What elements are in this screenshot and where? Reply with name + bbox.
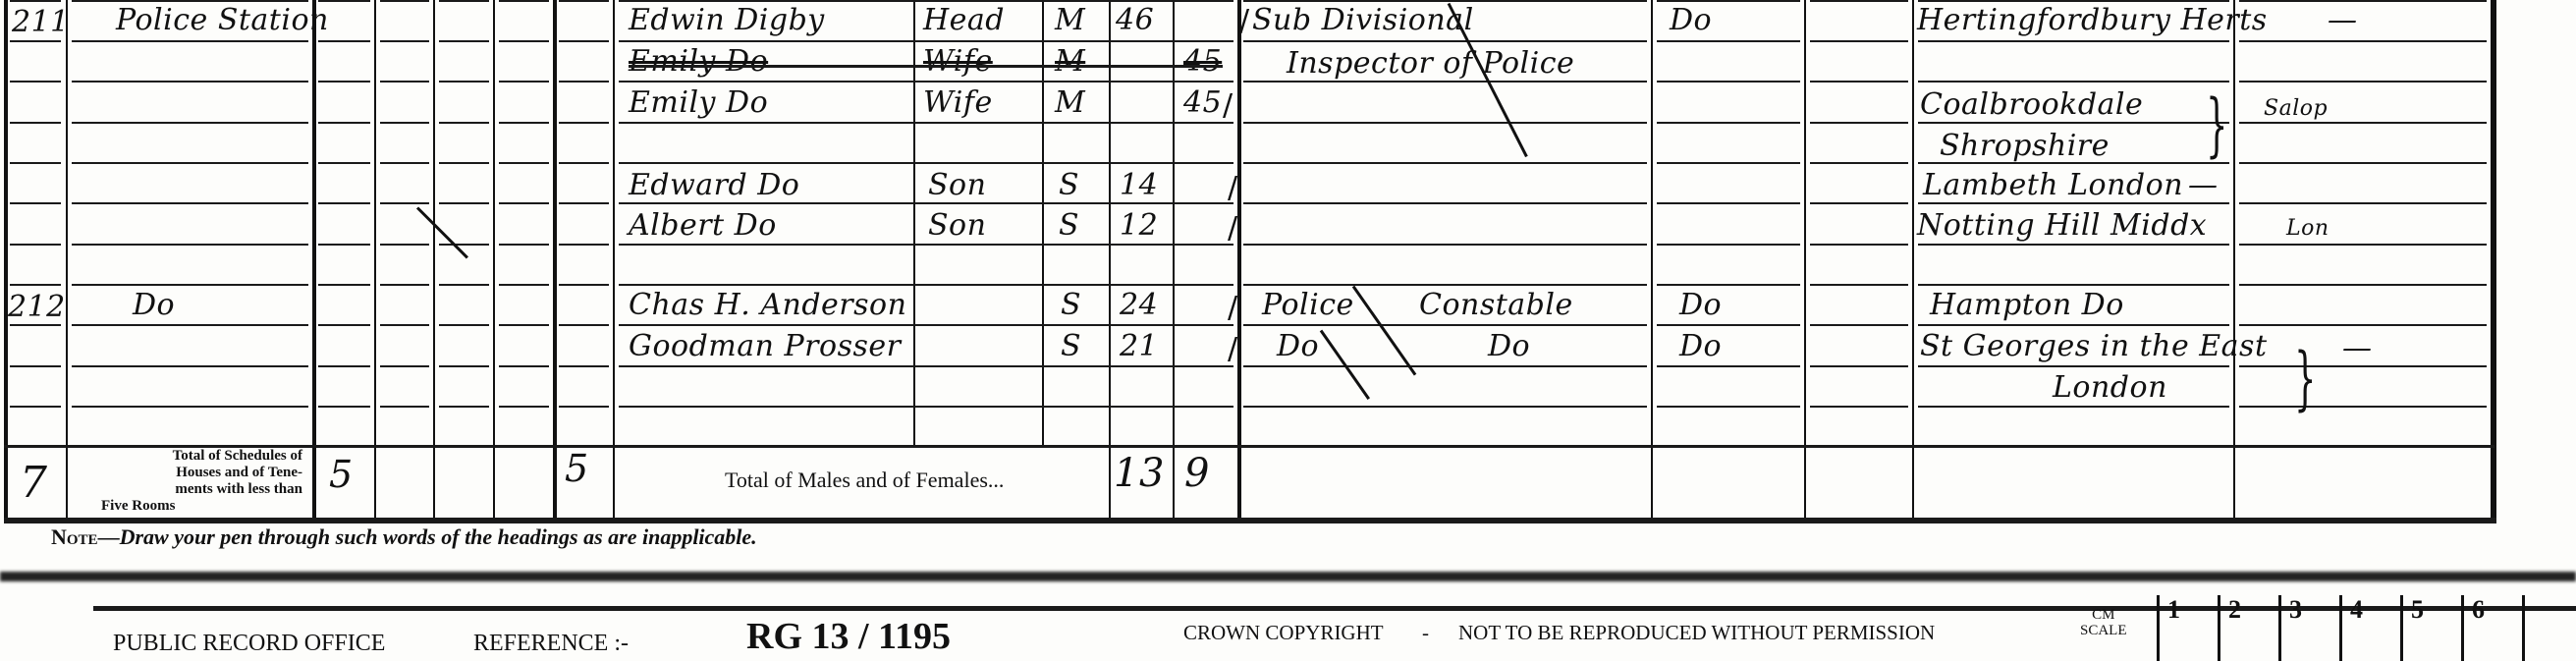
- person-name: Albert Do: [629, 211, 777, 241]
- schedule-number: 211: [12, 8, 70, 37]
- col-divider: [613, 0, 615, 521]
- rooms-total: 5: [565, 450, 589, 487]
- employer-status: Do: [1679, 332, 1722, 361]
- scale-tick: [2522, 595, 2561, 661]
- row-rule: [1657, 244, 1800, 246]
- brace: }: [2294, 344, 2316, 413]
- person-name: Chas H. Anderson: [629, 291, 906, 320]
- row-rule: [2239, 284, 2487, 286]
- row-rule: [1243, 81, 1647, 83]
- person-name: Goodman Prosser: [629, 332, 901, 361]
- schedules-label-line: Five Rooms: [75, 498, 302, 515]
- row-rule: [380, 406, 429, 408]
- row-rule: [619, 202, 1233, 204]
- row-rule: [1657, 0, 1800, 2]
- row-rule: [72, 324, 308, 326]
- col-divider: [553, 0, 557, 521]
- row-rule: [1657, 324, 1800, 326]
- row-rule: [72, 81, 308, 83]
- row-rule: [380, 0, 429, 2]
- row-rule: [619, 284, 1233, 286]
- person-age-male: 14: [1120, 171, 1158, 200]
- schedules-total-label: Total of Schedules of Houses and of Tene…: [75, 448, 302, 515]
- row-rule: [499, 40, 549, 42]
- row-rule: [72, 202, 308, 204]
- row-rule: [1657, 365, 1800, 367]
- row-rule: [439, 365, 489, 367]
- row-rule: [439, 162, 489, 164]
- row-rule: [1810, 122, 1908, 124]
- row-rule: [380, 40, 429, 42]
- row-rule: [380, 202, 429, 204]
- row-rule: [1810, 202, 1908, 204]
- row-rule: [380, 284, 429, 286]
- row-rule: [10, 162, 61, 164]
- footer-restriction: NOT TO BE REPRODUCED WITHOUT PERMISSION: [1458, 621, 1935, 645]
- scale-tick: 3: [2278, 595, 2339, 661]
- strike-line: [629, 65, 1223, 68]
- females-total: 9: [1184, 454, 1210, 493]
- occupation-word: Do: [1488, 332, 1530, 361]
- row-rule: [559, 324, 609, 326]
- note-text: Draw your pen through such words of the …: [120, 524, 757, 549]
- col-divider: [1237, 0, 1241, 521]
- row-rule: [1810, 81, 1908, 83]
- row-rule: [318, 162, 370, 164]
- row-rule: [318, 284, 370, 286]
- row-rule: [318, 81, 370, 83]
- employer-status: Do: [1670, 6, 1712, 35]
- row-rule: [10, 406, 61, 408]
- row-rule: [10, 81, 61, 83]
- row-rule: [318, 202, 370, 204]
- row-rule: [1243, 202, 1647, 204]
- person-relation: Head: [923, 6, 1005, 35]
- person-name: Edward Do: [629, 171, 799, 200]
- row-rule: [1243, 0, 1647, 2]
- occupation-line: Inspector of Police: [1287, 49, 1574, 79]
- col-divider: [433, 0, 435, 521]
- totals-top-rule: [4, 445, 2494, 448]
- row-rule: [1810, 365, 1908, 367]
- row-rule: [1657, 40, 1800, 42]
- row-rule: [10, 0, 61, 2]
- row-rule: [499, 81, 549, 83]
- houses-total: 5: [329, 456, 354, 493]
- row-rule: [499, 122, 549, 124]
- person-condition: S: [1059, 211, 1079, 241]
- row-rule: [1810, 244, 1908, 246]
- check-mark: /: [1228, 291, 1237, 325]
- footer-office: PUBLIC RECORD OFFICE: [113, 631, 385, 657]
- row-rule: [559, 40, 609, 42]
- schedules-label-line: ments with less than: [75, 481, 302, 498]
- row-rule: [72, 244, 308, 246]
- brace: }: [2206, 90, 2227, 159]
- scale-label-scale: SCALE: [2080, 623, 2127, 638]
- person-relation: Son: [928, 171, 986, 200]
- row-rule: [499, 202, 549, 204]
- row-rule: [1657, 406, 1800, 408]
- row-rule: [1657, 81, 1800, 83]
- row-rule: [380, 324, 429, 326]
- row-rule: [1918, 284, 2229, 286]
- row-rule: [10, 324, 61, 326]
- row-rule: [1243, 40, 1647, 42]
- row-rule: [619, 244, 1233, 246]
- col-divider: [66, 0, 68, 521]
- person-condition: S: [1059, 171, 1079, 200]
- footer-reference-label: REFERENCE :-: [473, 631, 629, 657]
- table-bottom-rule: [4, 518, 2496, 523]
- cross-out-stroke: [1352, 286, 1417, 376]
- row-rule: [2239, 244, 2487, 246]
- row-rule: [439, 122, 489, 124]
- form-note: Note—Draw your pen through such words of…: [51, 524, 757, 550]
- row-rule: [318, 0, 370, 2]
- address: Do: [133, 291, 175, 320]
- row-rule: [1918, 406, 2229, 408]
- scale-tick: 6: [2461, 595, 2522, 661]
- row-rule: [2239, 162, 2487, 164]
- schedule-number: 212: [8, 293, 66, 322]
- occupation-word: Police: [1262, 291, 1354, 320]
- row-rule: [10, 365, 61, 367]
- left-border: [4, 0, 8, 521]
- row-rule: [559, 0, 609, 2]
- schedule-count-mark: 7: [20, 462, 48, 505]
- row-rule: [1243, 365, 1647, 367]
- birthplace-note: —: [2342, 334, 2373, 363]
- col-divider: [1651, 0, 1653, 521]
- col-divider: [312, 0, 316, 521]
- row-rule: [72, 40, 308, 42]
- row-rule: [499, 284, 549, 286]
- row-rule: [439, 40, 489, 42]
- row-rule: [1243, 162, 1647, 164]
- col-divider: [1173, 0, 1175, 521]
- row-rule: [559, 406, 609, 408]
- birthplace-note: Lon: [2286, 218, 2329, 240]
- row-rule: [10, 244, 61, 246]
- row-rule: [559, 81, 609, 83]
- row-rule: [2239, 365, 2487, 367]
- row-rule: [10, 284, 61, 286]
- row-rule: [619, 324, 1233, 326]
- row-rule: [72, 284, 308, 286]
- birthplace-line: London: [2053, 373, 2167, 403]
- row-rule: [559, 365, 609, 367]
- col-divider: [1804, 0, 1806, 521]
- check-mark: /: [1228, 211, 1237, 246]
- row-rule: [499, 244, 549, 246]
- person-relation: Wife: [923, 88, 993, 118]
- row-rule: [380, 162, 429, 164]
- row-rule: [2239, 40, 2487, 42]
- birthplace: Notting Hill Middx: [1917, 211, 2207, 241]
- birthplace-note: Salop: [2264, 98, 2328, 120]
- row-rule: [1810, 40, 1908, 42]
- row-rule: [499, 324, 549, 326]
- birthplace: Hertingfordbury Herts: [1917, 6, 2268, 35]
- row-rule: [1810, 284, 1908, 286]
- schedules-label-line: Houses and of Tene-: [75, 465, 302, 481]
- row-rule: [499, 406, 549, 408]
- person-relation-struck: Wife: [923, 47, 993, 77]
- row-rule: [1918, 324, 2229, 326]
- row-rule: [499, 162, 549, 164]
- row-rule: [318, 324, 370, 326]
- col-divider: [493, 0, 495, 521]
- col-divider: [1109, 0, 1111, 521]
- person-relation: Son: [928, 211, 986, 241]
- note-prefix: Note—: [51, 524, 120, 549]
- person-condition: M: [1055, 6, 1085, 35]
- row-rule: [72, 406, 308, 408]
- row-rule: [1810, 162, 1908, 164]
- person-name: Emily Do: [629, 88, 768, 118]
- birthplace-line: Coalbrookdale: [1920, 90, 2143, 120]
- row-rule: [318, 40, 370, 42]
- row-rule: [2239, 324, 2487, 326]
- employer-status: Do: [1679, 291, 1722, 320]
- row-rule: [1918, 81, 2229, 83]
- row-rule: [380, 365, 429, 367]
- row-rule: [1918, 0, 2229, 2]
- row-rule: [1918, 365, 2229, 367]
- row-rule: [72, 0, 308, 2]
- col-divider: [374, 0, 376, 521]
- row-rule: [559, 122, 609, 124]
- row-rule: [559, 202, 609, 204]
- schedules-label-line: Total of Schedules of: [75, 448, 302, 465]
- row-rule: [559, 284, 609, 286]
- row-rule: [1657, 122, 1800, 124]
- birthplace: Lambeth London: [1923, 171, 2183, 200]
- scale-tick: 2: [2218, 595, 2278, 661]
- scale-label-cm: CM: [2080, 607, 2127, 623]
- row-rule: [439, 324, 489, 326]
- footer-separator: -: [1422, 621, 1429, 645]
- row-rule: [1918, 244, 2229, 246]
- row-rule: [72, 162, 308, 164]
- person-age-male: 21: [1120, 332, 1158, 361]
- row-rule: [1243, 244, 1647, 246]
- row-rule: [1918, 202, 2229, 204]
- row-rule: [619, 406, 1233, 408]
- scale-tick: 1: [2157, 595, 2218, 661]
- row-rule: [72, 122, 308, 124]
- person-age-male: 46: [1116, 6, 1154, 35]
- row-rule: [2239, 122, 2487, 124]
- row-rule: [619, 0, 1233, 2]
- birthplace-line: Shropshire: [1940, 132, 2110, 161]
- row-rule: [619, 40, 1233, 42]
- birthplace-line: St Georges in the East: [1920, 332, 2268, 361]
- footer-copyright: CROWN COPYRIGHT: [1183, 621, 1384, 645]
- occupation-word: Do: [1277, 332, 1319, 361]
- row-rule: [318, 122, 370, 124]
- footer-reference: RG 13 / 1195: [746, 615, 951, 658]
- row-rule: [1810, 0, 1908, 2]
- person-condition: M: [1055, 88, 1085, 118]
- row-rule: [1918, 40, 2229, 42]
- occupation-line: Sub Divisional: [1252, 6, 1474, 35]
- row-rule: [1657, 284, 1800, 286]
- check-mark: /: [1239, 4, 1249, 38]
- row-rule: [619, 122, 1233, 124]
- row-rule: [1810, 324, 1908, 326]
- row-rule: [1243, 284, 1647, 286]
- row-rule: [318, 406, 370, 408]
- row-rule: [439, 0, 489, 2]
- row-rule: [619, 81, 1233, 83]
- col-divider: [1912, 0, 1914, 521]
- row-rule: [72, 365, 308, 367]
- birthplace: Hampton Do: [1930, 291, 2124, 320]
- row-rule: [10, 122, 61, 124]
- row-rule: [10, 202, 61, 204]
- check-mark: /: [1228, 171, 1237, 205]
- row-rule: [1918, 122, 2229, 124]
- birthplace-note: —: [2328, 6, 2358, 35]
- row-rule: [380, 122, 429, 124]
- census-page: 211 212 Police Station Do Edwin Digby He…: [0, 0, 2576, 661]
- row-rule: [1657, 202, 1800, 204]
- scan-edge: [0, 572, 2576, 581]
- row-rule: [2239, 202, 2487, 204]
- row-rule: [439, 202, 489, 204]
- row-rule: [619, 162, 1233, 164]
- cross-mark: [416, 206, 468, 258]
- address: Police Station: [116, 6, 329, 35]
- males-total: 13: [1114, 454, 1165, 493]
- row-rule: [318, 244, 370, 246]
- row-rule: [1243, 406, 1647, 408]
- row-rule: [439, 244, 489, 246]
- person-condition: S: [1061, 332, 1081, 361]
- row-rule: [559, 162, 609, 164]
- col-divider: [2233, 0, 2235, 521]
- person-name: Edwin Digby: [629, 6, 825, 35]
- row-rule: [10, 40, 61, 42]
- person-age-male: 12: [1120, 211, 1158, 241]
- row-rule: [2239, 406, 2487, 408]
- row-rule: [1243, 324, 1647, 326]
- row-rule: [380, 244, 429, 246]
- row-rule: [1243, 122, 1647, 124]
- check-mark: /: [1228, 332, 1237, 366]
- row-rule: [499, 0, 549, 2]
- occupation-word: Constable: [1419, 291, 1573, 320]
- person-condition-struck: M: [1055, 47, 1085, 77]
- row-rule: [1810, 406, 1908, 408]
- row-rule: [439, 406, 489, 408]
- person-age-male: 24: [1120, 291, 1158, 320]
- row-rule: [318, 365, 370, 367]
- check-mark: /: [1223, 88, 1233, 123]
- row-rule: [559, 244, 609, 246]
- person-age-female: 45: [1183, 88, 1222, 118]
- row-rule: [499, 365, 549, 367]
- scale-tick: 5: [2400, 595, 2461, 661]
- row-rule: [439, 284, 489, 286]
- row-rule: [619, 365, 1233, 367]
- row-rule: [1657, 162, 1800, 164]
- row-rule: [2239, 81, 2487, 83]
- person-age-female-struck: 45: [1183, 47, 1222, 77]
- row-rule: [439, 81, 489, 83]
- row-rule: [380, 81, 429, 83]
- birthplace-note: —: [2188, 171, 2219, 200]
- row-rule: [2239, 0, 2487, 2]
- person-name-struck: Emily Do: [629, 47, 768, 77]
- scale-label: CM SCALE: [2080, 607, 2127, 638]
- person-condition: S: [1061, 291, 1081, 320]
- males-females-label: Total of Males and of Females...: [725, 468, 1004, 493]
- scale-tick: 4: [2339, 595, 2400, 661]
